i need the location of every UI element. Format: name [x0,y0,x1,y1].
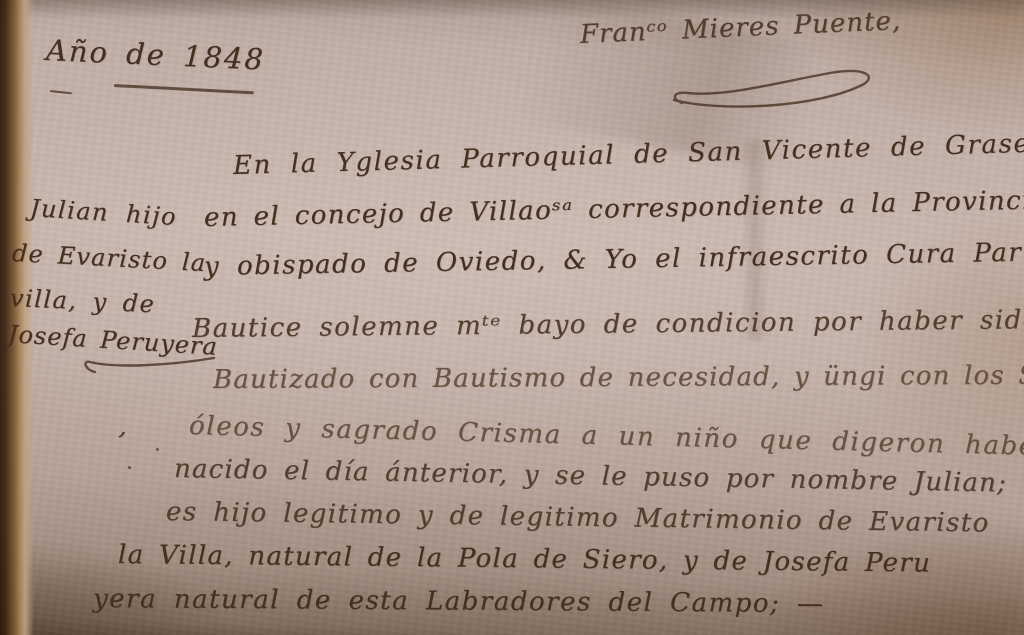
manuscript-photo: Año de 1848 Franᶜᵒ Mieres Puente, Julian… [0,0,1024,635]
year-underline [114,84,254,94]
body-line: es hijo legitimo y de legitimo Matrimoni… [166,499,990,536]
body-line: yera natural de esta Labradores del Camp… [93,586,825,617]
margin-note-tail-flourish [82,352,232,378]
body-line: la Villa, natural de la Pola de Siero, y… [118,542,931,577]
body-line: óleos y sagrado Crisma a un niño que dig… [189,413,1024,460]
margin-ink-dot [156,448,159,451]
body-line: y obispado de Oviedo, & Yo el infraescri… [204,239,1024,280]
margin-note-line: de Evaristo la [11,241,207,275]
year-annotation: Año de 1848 [45,36,265,75]
body-line: en el concejo de Villaoˢᵃ correspondient… [204,187,1024,231]
margin-note-line: Julian hijo [29,196,178,229]
book-binding-edge [0,0,34,635]
body-line: Bautice solemne mᵗᵉ bayo de condicion po… [192,307,1024,342]
margin-ink-dot [128,466,131,469]
body-line: nacido el día ánterior, y se le puso por… [174,456,1007,497]
year-underline-tick [50,90,72,94]
margin-note-line: villa, y de [9,286,155,316]
margin-ink-mark: , [118,414,130,439]
body-line: Bautizado con Bautismo de necesidad, y ü… [213,363,1024,393]
signature-rubric-flourish [668,62,883,112]
